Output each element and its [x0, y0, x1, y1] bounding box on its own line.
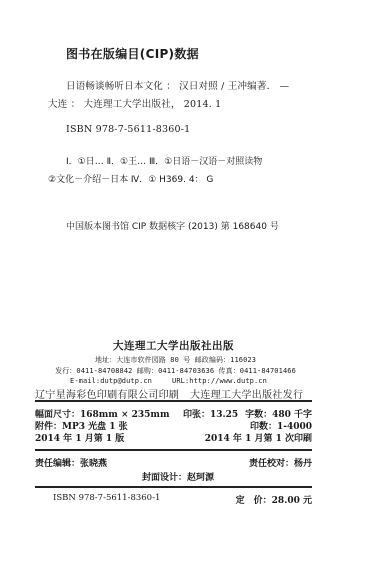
cip-classification-line-1: Ⅰ．①日… Ⅱ．①王… Ⅲ．①日语－汉语－对照读物	[66, 154, 262, 167]
footer-isbn: ISBN 978-7-5611-8360-1	[53, 493, 160, 503]
distributor-name: 大连理工大学出版社发行	[190, 386, 303, 401]
footer-price: 定 价：28.00 元	[236, 493, 312, 506]
spec-edition: 2014 年 1 月第 1 版	[35, 431, 124, 444]
divider-line	[35, 400, 312, 402]
cip-classification-line-2: ②文化－介绍－日本 Ⅳ．① H369. 4： G	[48, 172, 213, 185]
printer-name: 辽宁星海彩色印刷有限公司印刷	[35, 386, 179, 401]
credit-cover-design: 封面设计：赵珂源	[142, 470, 214, 483]
cip-book-title-line: 日语畅谈畅听日本文化 ： 汉日对照 / 王冲编著． —	[66, 78, 289, 92]
divider-line	[35, 449, 312, 451]
publisher-url: URL:http://www.dutp.cn	[172, 377, 267, 385]
cip-publisher-line: 大连 ： 大连理工大学出版社， 2014. 1	[48, 96, 221, 110]
credit-proofreader: 责任校对：杨丹	[249, 456, 312, 469]
publisher-email: E-mail:dutp@dutp.cn	[70, 377, 152, 385]
credit-editor: 责任编辑：张晓燕	[35, 456, 107, 469]
cip-data-number: 中国版本图书馆 CIP 数据核字 (2013) 第 168640 号	[66, 219, 279, 232]
cip-title: 图书在版编目(CIP)数据	[66, 45, 199, 62]
divider-line	[35, 486, 312, 488]
spec-sheets: 印张：13.25	[183, 407, 238, 420]
spec-printing: 2014 年 1 月第 1 次印刷	[205, 431, 312, 444]
publisher-phones: 发行：0411-84708842 邮购：0411-84703636 传真：041…	[0, 366, 363, 376]
publisher-name: 大连理工大学出版社出版	[0, 338, 361, 353]
publisher-address: 地址：大连市软件园路 80 号 邮政编码：116023	[0, 355, 363, 365]
cip-isbn: ISBN 978-7-5611-8360-1	[66, 124, 190, 135]
